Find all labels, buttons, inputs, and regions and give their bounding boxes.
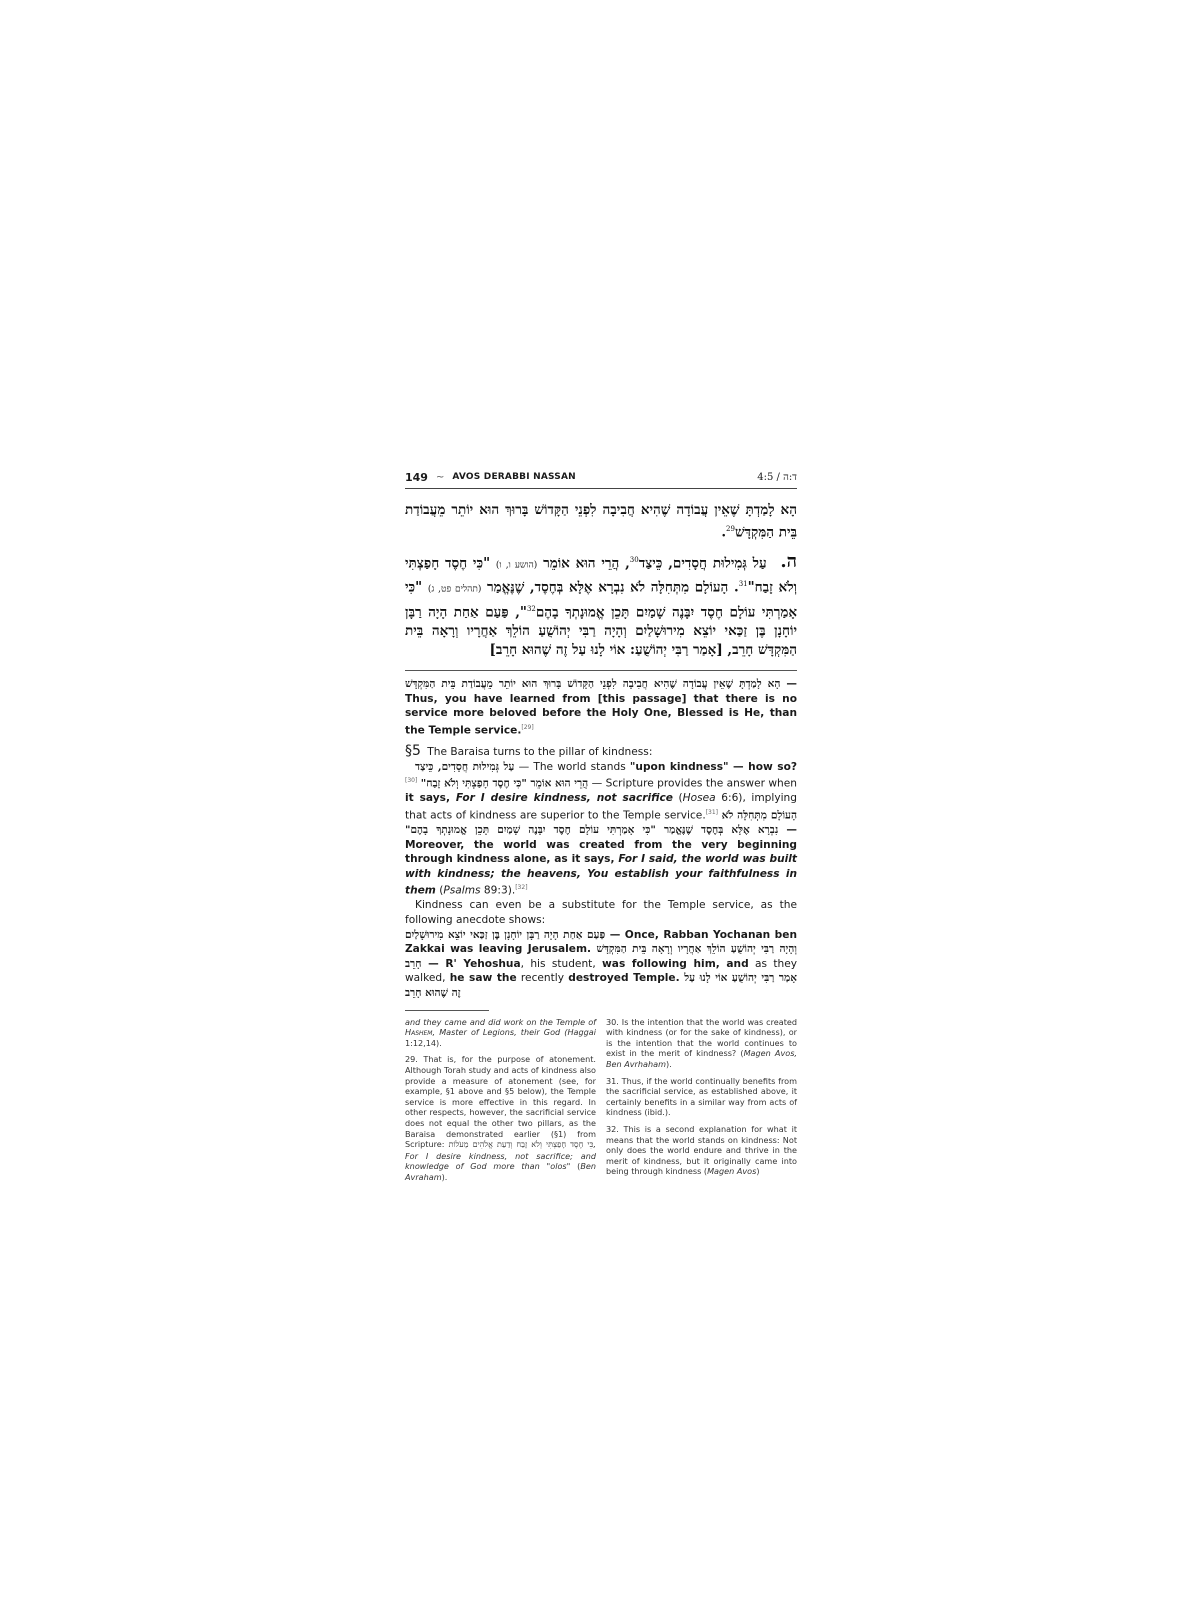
footnotes-right-column: 30. Is the intention that the world was … (606, 1017, 797, 1189)
footnote-continuation: and they came and did work on the Temple… (405, 1017, 596, 1049)
footnotes: and they came and did work on the Temple… (405, 1017, 797, 1189)
footnote-rule (405, 1010, 489, 1011)
footnote-ref[interactable]: [30] (405, 777, 417, 784)
citation: (הושע ו, ו) (496, 560, 537, 570)
commentary-paragraph: הָא לָמַדְתָּ שֶׁאֵין עֲבוֹדָה שֶׁהִיא ח… (405, 677, 797, 738)
commentary-paragraph: עַל גְּמִילוּת חֲסָדִים, כֵּיצַד — The w… (405, 760, 797, 899)
hebrew-continuation: הָא לָמַדְתָּ שֶׁאֵין עֲבוֹדָה שֶׁהִיא ח… (405, 501, 797, 543)
footnote-32: 32. This is a second explanation for wha… (606, 1124, 797, 1177)
footnote-ref[interactable]: 32 (527, 605, 536, 613)
footnote-ref[interactable]: [31] (706, 809, 718, 816)
section-letter: ה. (780, 551, 797, 572)
book-title: AVOS DERABBI NASSAN (452, 472, 576, 482)
commentary-paragraph: Kindness can even be a substitute for th… (405, 898, 797, 927)
footnote-ref[interactable]: 31 (739, 580, 748, 588)
english-commentary: הָא לָמַדְתָּ שֶׁאֵין עֲבוֹדָה שֶׁהִיא ח… (405, 677, 797, 1001)
footnote-31: 31. Thus, if the world continually benef… (606, 1076, 797, 1118)
footnote-ref[interactable]: [32] (515, 884, 527, 891)
section-divider (405, 670, 797, 671)
citation: (תהלים פט, ג) (428, 585, 482, 595)
section-intro: §5 The Baraisa turns to the pillar of ki… (405, 744, 797, 760)
footnotes-left-column: and they came and did work on the Temple… (405, 1017, 596, 1189)
book-page: 149 ~ AVOS DERABBI NASSAN 4:5 / ד:ה הָא … (405, 470, 797, 1189)
page-number: 149 (405, 471, 428, 484)
section-mark: §5 (405, 743, 421, 759)
footnote-ref[interactable]: 30 (630, 556, 639, 564)
hebrew-source-text: הָא לָמַדְתָּ שֶׁאֵין עֲבוֹדָה שֶׁהִיא ח… (405, 501, 797, 660)
commentary-paragraph: פַּעַם אַחַת הָיָה רַבָּן יוֹחָנָן בֶּן … (405, 928, 797, 1001)
chapter-reference: 4:5 / ד:ה (757, 472, 797, 483)
running-head: 149 ~ AVOS DERABBI NASSAN 4:5 / ד:ה (405, 470, 797, 489)
footnote-ref[interactable]: 29 (726, 525, 735, 533)
footnote-ref[interactable]: [29] (521, 724, 533, 731)
hebrew-section-5: ה. עַל גְּמִילוּת חֲסָדִים, כֵּיצַד30, ה… (405, 551, 797, 661)
ornament-icon: ~ (436, 472, 444, 483)
footnote-29: 29. That is, for the purpose of atonemen… (405, 1054, 596, 1182)
footnote-30: 30. Is the intention that the world was … (606, 1017, 797, 1070)
